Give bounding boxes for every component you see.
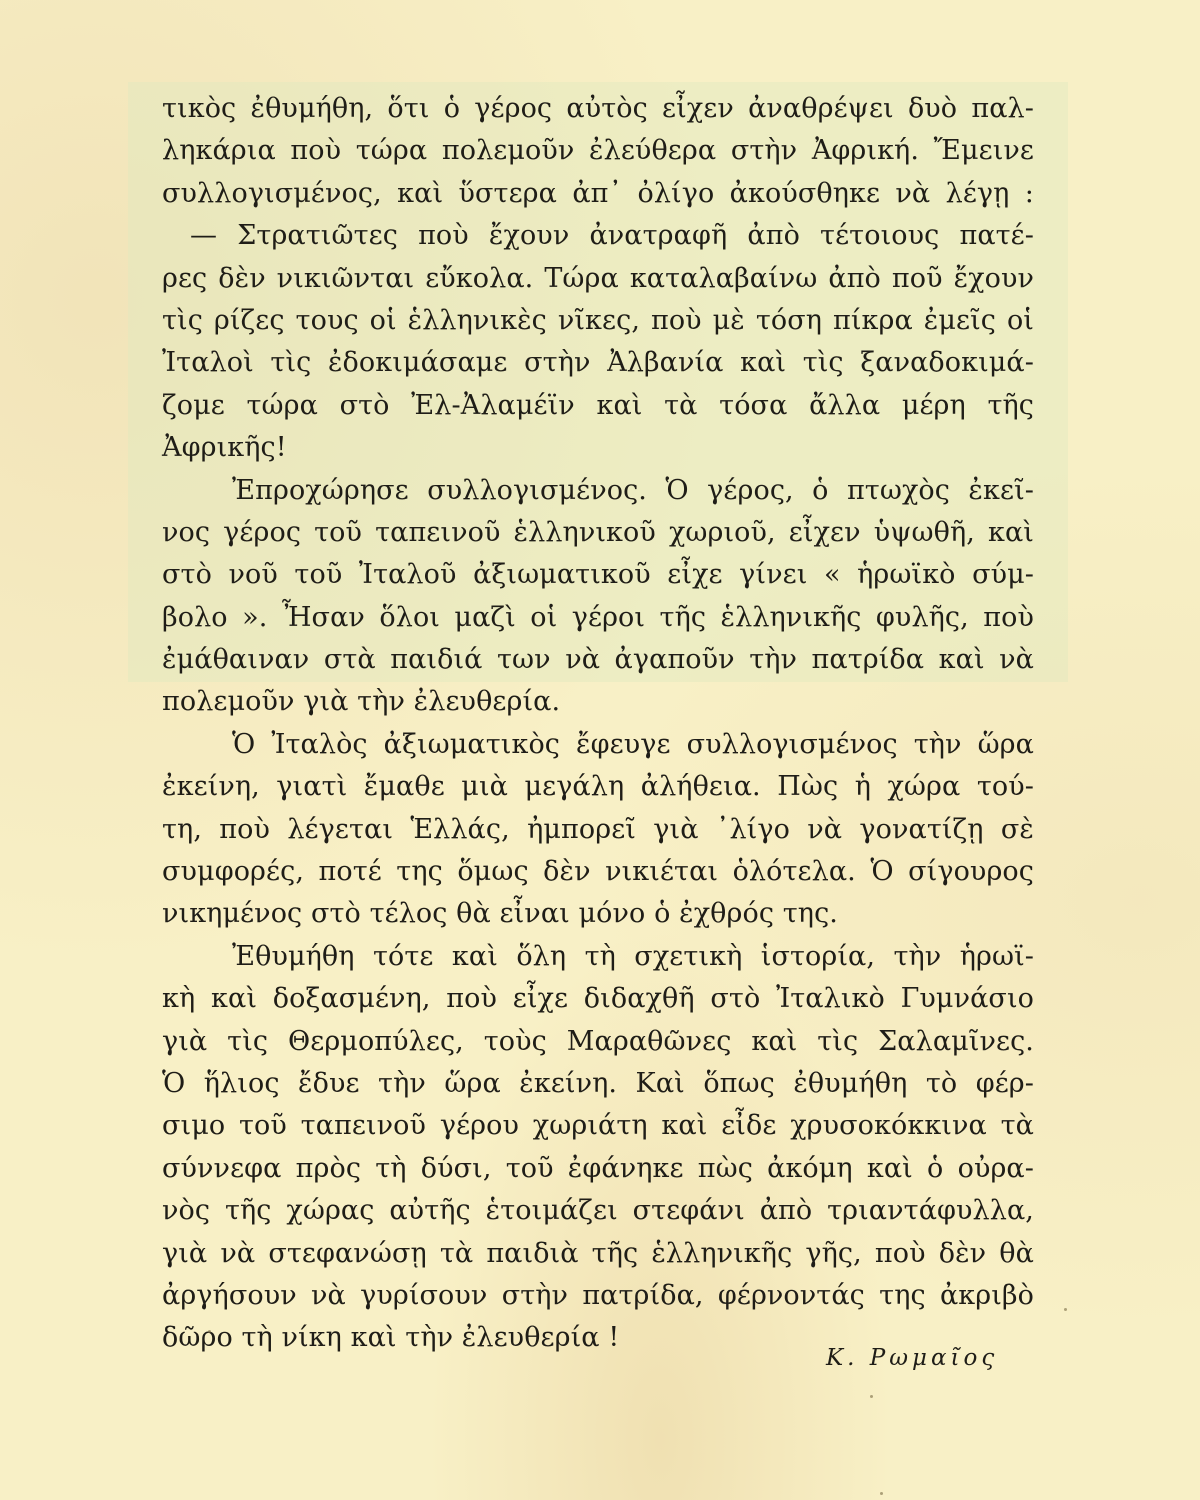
text-line: σύννεφα πρὸς τὴ δύσι, τοῦ ἐφάνηκε πὼς ἀκ… bbox=[162, 1148, 1034, 1190]
text-line: στὸ νοῦ τοῦ Ἰταλοῦ ἀξιωματικοῦ εἶχε γίνε… bbox=[162, 554, 1034, 596]
text-line: ζομε τώρα στὸ Ἐλ-Ἀλαμέϊν καὶ τὰ τόσα ἄλλ… bbox=[162, 385, 1034, 427]
text-line: ἀργήσουν νὰ γυρίσουν στὴν πατρίδα, φέρνο… bbox=[162, 1275, 1034, 1317]
paper-speck bbox=[208, 1330, 211, 1333]
paper-speck bbox=[870, 1395, 873, 1398]
text-line: συλλογισμένος, καὶ ὕστερα ἀπ᾽ ὀλίγο ἀκού… bbox=[162, 173, 1034, 215]
text-line: Ἐπροχώρησε συλλογισμένος. Ὁ γέρος, ὁ πτω… bbox=[162, 470, 1034, 512]
text-line: γιὰ νὰ στεφανώσῃ τὰ παιδιὰ τῆς ἑλληνικῆς… bbox=[162, 1233, 1034, 1275]
text-line: τικὸς ἐθυμήθη, ὅτι ὁ γέρος αὐτὸς εἶχεν ἀ… bbox=[162, 88, 1034, 130]
text-line: — Στρατιῶτες ποὺ ἔχουν ἀνατραφῆ ἀπὸ τέτο… bbox=[162, 215, 1034, 257]
text-line: γιὰ τὶς Θερμοπύλες, τοὺς Μαραθῶνες καὶ τ… bbox=[162, 1021, 1034, 1063]
text-line: ληκάρια ποὺ τώρα πολεμοῦν ἐλεύθερα στὴν … bbox=[162, 130, 1034, 172]
author-signature: Κ. Ρωμαῖος bbox=[826, 1345, 998, 1371]
text-line: τη, ποὺ λέγεται Ἑλλάς, ἠμπορεῖ γιὰ ᾽λίγο… bbox=[162, 809, 1034, 851]
body-text: τικὸς ἐθυμήθη, ὅτι ὁ γέρος αὐτὸς εἶχεν ἀ… bbox=[162, 88, 1034, 1360]
paper-speck bbox=[880, 1492, 883, 1495]
text-line: βολο ». Ἦσαν ὅλοι μαζὶ οἱ γέροι τῆς ἑλλη… bbox=[162, 597, 1034, 639]
text-line: νὸς τῆς χώρας αὐτῆς ἑτοιμάζει στεφάνι ἀπ… bbox=[162, 1190, 1034, 1232]
text-line: ἐμάθαιναν στὰ παιδιά των νὰ ἀγαποῦν τὴν … bbox=[162, 639, 1034, 681]
text-line: σιμο τοῦ ταπεινοῦ γέρου χωριάτη καὶ εἶδε… bbox=[162, 1105, 1034, 1147]
text-line: πολεμοῦν γιὰ τὴν ἐλευθερία. bbox=[162, 681, 1034, 723]
text-line: ρες δὲν νικιῶνται εὔκολα. Τώρα καταλαβαί… bbox=[162, 258, 1034, 300]
text-line: Ἀφρικῆς! bbox=[162, 427, 1034, 469]
text-line: Ὁ ἥλιος ἔδυε τὴν ὥρα ἐκείνη. Καὶ ὅπως ἐθ… bbox=[162, 1063, 1034, 1105]
text-line: κὴ καὶ δοξασμένη, ποὺ εἶχε διδαχθῆ στὸ Ἰ… bbox=[162, 978, 1034, 1020]
text-line: Ὁ Ἰταλὸς ἀξιωματικὸς ἔφευγε συλλογισμένο… bbox=[162, 724, 1034, 766]
text-line: συμφορές, ποτέ της ὅμως δὲν νικιέται ὁλό… bbox=[162, 851, 1034, 893]
text-line: ἐκείνη, γιατὶ ἔμαθε μιὰ μεγάλη ἀλήθεια. … bbox=[162, 766, 1034, 808]
paper-speck bbox=[1064, 1308, 1067, 1311]
text-line: τὶς ρίζες τους οἱ ἑλληνικὲς νῖκες, ποὺ μ… bbox=[162, 300, 1034, 342]
text-line: Ἐθυμήθη τότε καὶ ὅλη τὴ σχετικὴ ἱστορία,… bbox=[162, 936, 1034, 978]
text-line: Ἰταλοὶ τὶς ἐδοκιμάσαμε στὴν Ἀλβανία καὶ … bbox=[162, 342, 1034, 384]
text-line: νος γέρος τοῦ ταπεινοῦ ἑλληνικοῦ χωριοῦ,… bbox=[162, 512, 1034, 554]
text-line: νικημένος στὸ τέλος θὰ εἶναι μόνο ὁ ἐχθρ… bbox=[162, 893, 1034, 935]
